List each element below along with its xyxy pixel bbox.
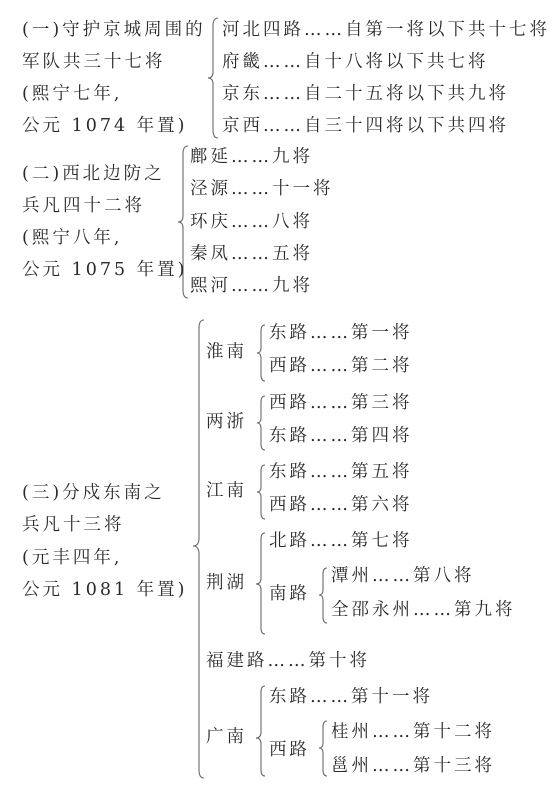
region-label: 荆湖 (206, 573, 247, 593)
sub-region-label: 南路 (269, 584, 310, 604)
section-1-heading-line: 军队共三十七将 (22, 52, 166, 72)
section-1-heading-line: 公元 1074 年置) (22, 116, 188, 136)
section-1-heading-line: (熙宁七年, (22, 84, 122, 104)
region-label: 淮南 (206, 342, 247, 362)
list-item: 河北四路……自第一将以下共十七将 (222, 20, 550, 40)
section-3-heading-line: 公元 1081 年置) (22, 580, 188, 600)
section-3-heading-line: 兵凡十三将 (22, 515, 125, 535)
region-label: 福建路……第十将 (206, 651, 370, 671)
route-item: 西路……第三将 (269, 393, 413, 413)
route-item: 东路……第四将 (269, 426, 413, 446)
section-1-heading-line: (一)守护京城周围的 (22, 20, 206, 40)
route-item: 东路……第一将 (269, 323, 413, 343)
list-item: 熙河……九将 (190, 276, 313, 296)
route-item: 东路……第十一将 (269, 687, 433, 707)
route-item: 北路……第七将 (269, 531, 413, 551)
section-2-heading-line: 公元 1075 年置) (22, 260, 188, 280)
list-item: 京东……自二十五将以下共九将 (222, 84, 509, 104)
route-item: 邕州……第十三将 (331, 756, 495, 776)
region-label: 两浙 (206, 412, 247, 432)
section-3-heading-line: (元丰四年, (22, 548, 122, 568)
route-item: 桂州……第十二将 (331, 722, 495, 742)
route-item: 东路……第五将 (269, 462, 413, 482)
brace-section-1 (208, 18, 218, 138)
brace-section-3 (193, 320, 204, 778)
section-2-heading-line: (二)西北边防之 (22, 164, 165, 184)
list-item: 泾源……十一将 (190, 179, 334, 199)
list-item: 府畿……自十八将以下共七将 (222, 52, 489, 72)
list-item: 环庆……八将 (190, 212, 313, 232)
list-item: 秦凤……五将 (190, 244, 313, 264)
region-label: 江南 (206, 481, 247, 501)
section-3-heading-line: (三)分戍东南之 (22, 483, 165, 503)
list-item: 鄜延……九将 (190, 147, 313, 167)
section-2-heading-line: 兵凡四十二将 (22, 196, 145, 216)
route-item: 潭州……第八将 (331, 566, 475, 586)
route-item: 全邵永州……第九将 (331, 600, 516, 620)
route-item: 西路……第二将 (269, 356, 413, 376)
list-item: 京西……自三十四将以下共四将 (222, 116, 509, 136)
section-2-heading-line: (熙宁八年, (22, 228, 122, 248)
route-item: 西路……第六将 (269, 495, 413, 515)
sub-region-label: 西路 (269, 740, 310, 760)
region-label: 广南 (206, 727, 247, 747)
